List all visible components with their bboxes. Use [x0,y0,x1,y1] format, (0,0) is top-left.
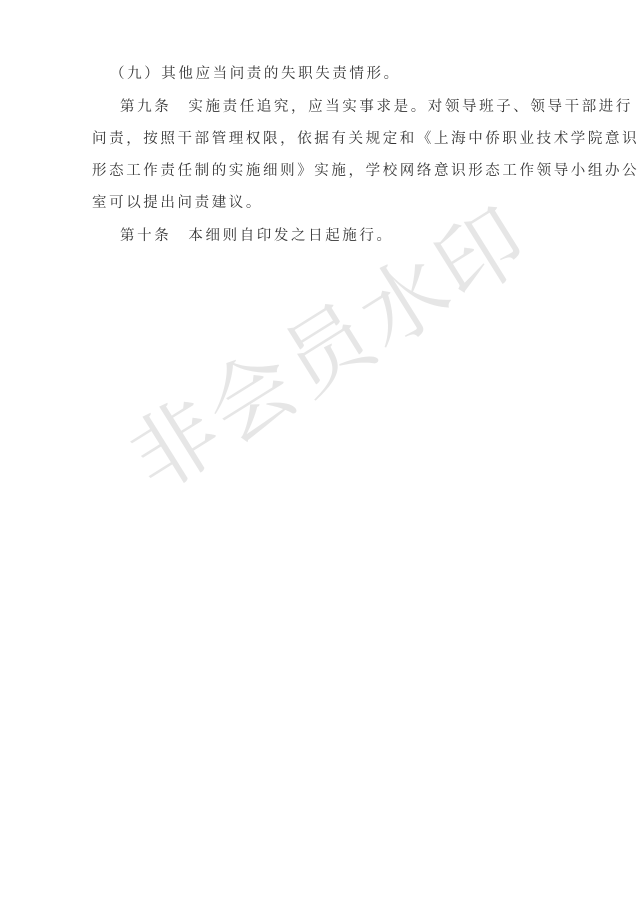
article-nine-line-3: 形态工作责任制的实施细则》实施，学校网络意识形态工作领导小组办公 [92,161,639,181]
document-page: （九）其他应当问责的失职失责情形。 第九条 实施责任追究，应当实事求是。对领导班… [0,0,639,905]
paragraph-item-nine: （九）其他应当问责的失职失责情形。 [110,64,401,84]
article-nine-line-1: 第九条 实施责任追究，应当实事求是。对领导班子、领导干部进行 [120,97,633,117]
article-nine-line-4: 室可以提出问责建议。 [92,193,263,213]
article-ten: 第十条 本细则自印发之日起施行。 [120,226,394,246]
article-nine-line-2: 问责，按照干部管理权限，依据有关规定和《上海中侨职业技术学院意识 [92,129,639,149]
watermark: 非会员水印 [102,171,549,515]
